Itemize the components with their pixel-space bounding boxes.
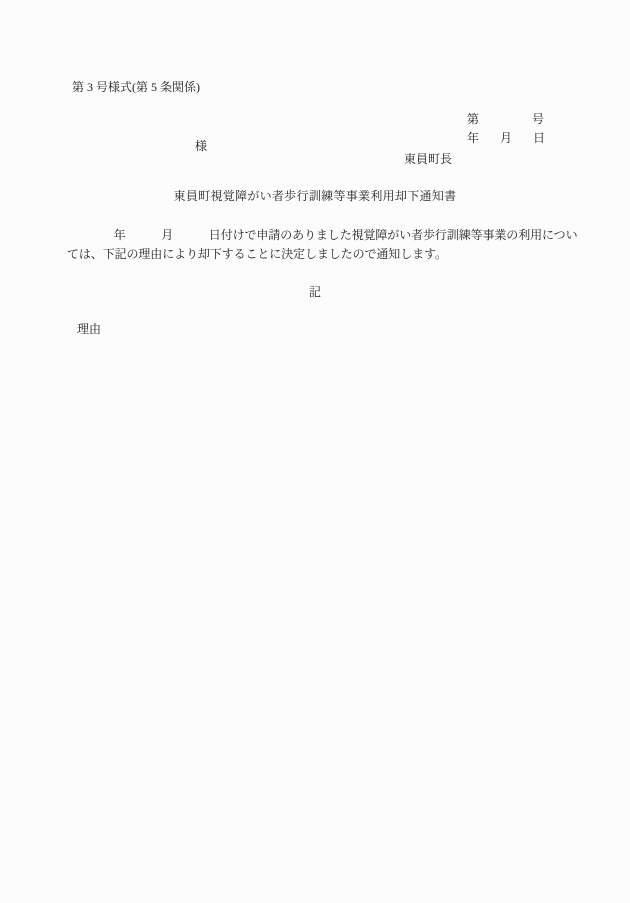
addressee-honorific: 様 (195, 139, 207, 153)
date-year-label: 年 (467, 131, 479, 145)
issue-date-line: 年月日 (455, 117, 545, 159)
reason-label: 理由 (77, 322, 101, 336)
body-text-line-2: ては、下記の理由により却下することに決定しましたので通知します。 (67, 247, 447, 261)
form-style-label: 第 3 号様式(第 5 条関係) (72, 80, 200, 94)
record-marker: 記 (0, 285, 630, 299)
document-title: 東員町視覚障がい者歩行訓練等事業利用却下通知書 (0, 189, 630, 203)
sender-name: 東員町長 (404, 152, 452, 166)
document-page: 第 3 号様式(第 5 条関係) 第号 年月日 様 東員町長 東員町視覚障がい者… (0, 0, 630, 903)
date-month-label: 月 (500, 131, 512, 145)
body-text-line-1: 年 月 日付けで申請のありました視覚障がい者歩行訓練等事業の利用につい (66, 228, 577, 242)
date-day-label: 日 (533, 131, 545, 145)
